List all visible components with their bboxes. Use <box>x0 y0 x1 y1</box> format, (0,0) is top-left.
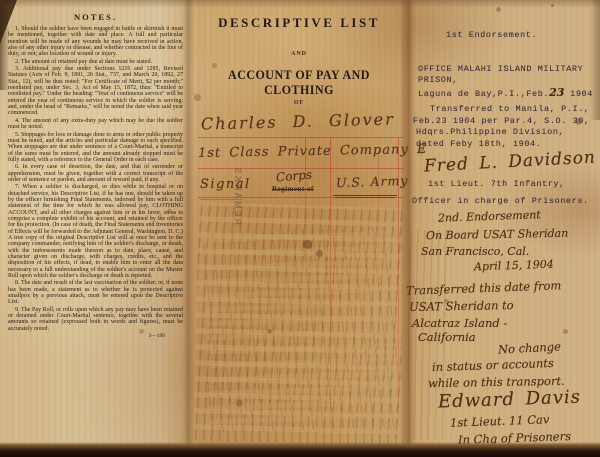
note-paragraph: 1. Should the soldier have been engaged … <box>8 26 183 58</box>
endorsement1-heading: 1st Endorsement. <box>446 30 537 40</box>
ink-stain-specks <box>0 0 3 3</box>
form-of-label: OF <box>192 100 406 106</box>
red-rule-underline <box>198 137 404 138</box>
endorsement2-signer-title1: 1st Lieut. 11 Cav <box>450 412 550 429</box>
note-paragraph: 7. When a soldier is discharged, or dies… <box>8 184 183 279</box>
bleedthrough-ink-texture <box>193 202 405 445</box>
endorsement2-body-line: Alcatraz Island - <box>412 316 507 330</box>
ink-underline <box>335 197 395 198</box>
endorsement1-body-line: Feb.23 1904 per Par.4, S.O. 30, <box>413 116 590 126</box>
date-prefix: Laguna de Bay,P.I.,Feb. <box>418 89 549 99</box>
endorsement2-place-line1: On Board USAT Sheridan <box>426 227 568 242</box>
endorsement1-body-line: Transferred to Manila, P.I., <box>430 104 590 114</box>
endorsement2-signature: Edward Davis <box>438 387 582 413</box>
soldier-name-handwritten: Charles D. Glover <box>201 109 395 133</box>
notes-heading: NOTES. <box>8 12 183 22</box>
notes-section: NOTES. 1. Should the soldier have been e… <box>8 12 183 339</box>
page-fold-crease <box>182 0 194 457</box>
endorsement1-body-line: dated Feby 18th, 1904. <box>416 139 541 149</box>
note-paragraph: 2. The amount of retained pay due at dat… <box>8 59 183 65</box>
ink-underline <box>333 195 397 196</box>
corps-word2-handwritten: Corps <box>275 167 312 184</box>
form-title-conjunction: AND <box>192 51 406 57</box>
note-paragraph: 5. Stoppages for loss or damage done to … <box>8 132 183 164</box>
red-rule-underline <box>198 197 404 198</box>
endorsement2-signer-title2: In Chg of Prisoners <box>458 429 571 447</box>
endorsement1-office-line2: PRISON, <box>418 75 458 85</box>
bleedthrough-ink-texture <box>203 227 400 434</box>
red-rule-vertical <box>330 138 331 425</box>
endorsement2-date: April 15, 1904 <box>474 258 554 274</box>
soldier-grade-handwritten: 1st Class Private Company E <box>198 142 428 161</box>
endorsement1-office-line1: OFFICE MALAHI ISLAND MILITARY <box>418 64 583 74</box>
corps-word-handwritten: Signal <box>200 177 251 192</box>
bleedthrough-remarks-text: REMARKS <box>233 165 243 225</box>
page-edge-shadow <box>0 0 600 8</box>
endorsement2-note-line: No change <box>498 339 562 356</box>
page-edge-shadow <box>590 0 600 120</box>
form-number: 3—198 <box>8 333 165 339</box>
note-paragraph: 3. Additional pay due under Sections 121… <box>8 66 183 117</box>
red-rule-vertical <box>378 150 379 260</box>
note-paragraph: 8. The date and result of the last vacci… <box>8 280 183 305</box>
endorsement2-note-line: in status or accounts <box>432 356 554 374</box>
regiment-of-label-struck: Regiment of <box>272 185 314 193</box>
note-paragraph: 9. The Pay Roll, or rolls upon which any… <box>8 307 183 332</box>
endorsement2-body-line: USAT Sheridan to <box>409 298 514 314</box>
endorsement1-body-line: Hdqrs.Philippine Division, <box>416 127 564 137</box>
date-day-handwritten: 23 <box>549 86 564 99</box>
endorsement1-signer-title2: Officer in charge of Prisoners. <box>412 196 589 206</box>
endorsement1-signer-title1: 1st Lieut. 7th Infantry, <box>428 179 565 189</box>
note-paragraph: 6. In every case of desertion, the date,… <box>8 164 183 183</box>
red-rule-vertical <box>217 335 218 420</box>
note-paragraph: 4. The amount of any extra-duty pay whic… <box>8 118 183 131</box>
date-year: 1904 <box>570 89 593 99</box>
form-subtitle: ACCOUNT OF PAY AND CLOTHING <box>194 68 403 98</box>
endorsement2-body-line: California <box>418 330 476 344</box>
endorsement1-signature: Fred L. Davidson <box>424 148 597 177</box>
endorsement2-heading: 2nd. Endorsement <box>438 208 541 225</box>
red-rule-underline <box>200 199 242 200</box>
army-handwritten: U.S. Army <box>336 173 409 191</box>
endorsement1-place-date: Laguna de Bay,P.I.,Feb.23 1904 <box>418 86 593 99</box>
endorsement2-body-line: Transferred this date from <box>406 278 562 297</box>
endorsement2-place-line2: San Francisco, Cal. <box>421 245 529 258</box>
descriptive-list-document: REMARKS NOTES. 1. Should the soldier hav… <box>0 0 600 457</box>
form-title: DESCRIPTIVE LIST <box>192 15 406 31</box>
